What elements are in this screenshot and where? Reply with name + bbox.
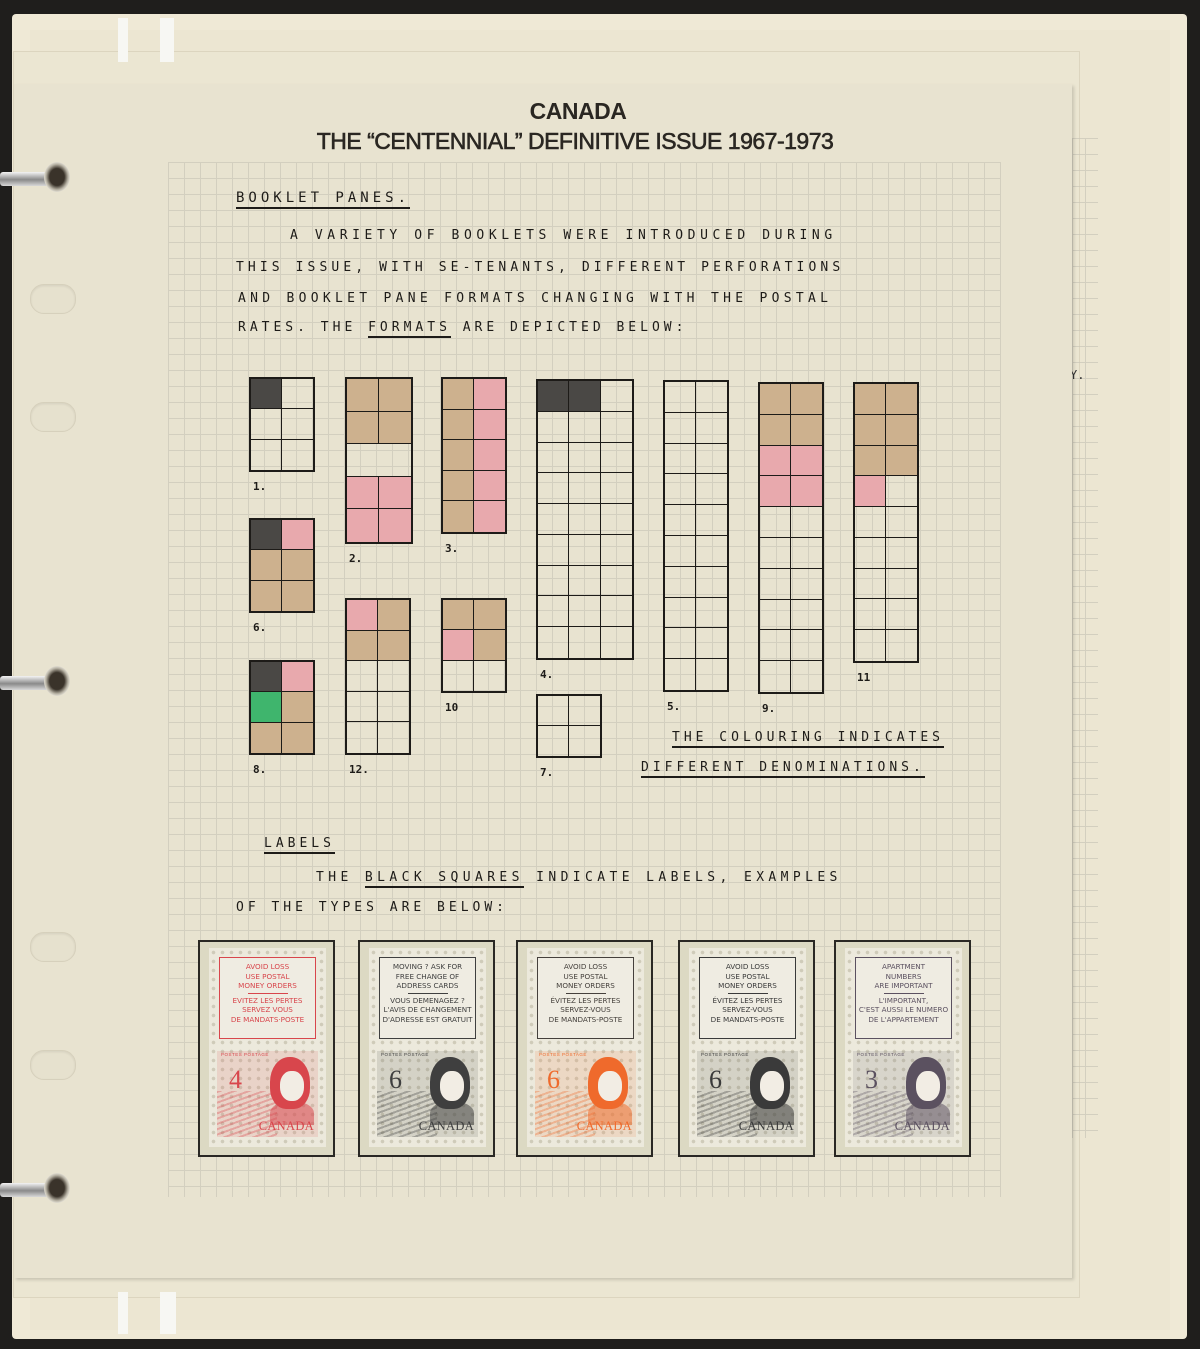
booklet-stamp-with-label: AVOID LOSSUSE POSTALMONEY ORDERSÉVITEZ L…	[527, 948, 644, 1147]
stamp-denomination: 3	[865, 1065, 878, 1095]
queen-portrait-face	[916, 1071, 940, 1101]
pane-cell	[855, 538, 886, 569]
pane-cell	[474, 661, 505, 691]
pane-cell	[282, 409, 313, 439]
pane-cell-label	[538, 381, 569, 412]
pane-cell	[379, 509, 411, 542]
pane-cell	[538, 473, 569, 504]
stamp-mount: AVOID LOSSUSE POSTALMONEY ORDERSEVITEZ L…	[198, 940, 335, 1157]
se-tenant-label: AVOID LOSSUSE POSTALMONEY ORDERSÉVITEZ L…	[699, 957, 796, 1039]
pane-cell	[538, 696, 569, 726]
pane-cell-label	[251, 520, 282, 550]
pane-cell	[538, 504, 569, 535]
pane-cell	[760, 384, 791, 415]
queen-portrait-face	[598, 1071, 622, 1101]
booklet-heading-text: BOOKLET PANES.	[236, 190, 410, 209]
hinge-strip	[118, 1292, 128, 1334]
pane-cell	[855, 384, 886, 415]
pane-cell	[696, 536, 727, 567]
stamp-mount: MOVING ? ASK FORFREE CHANGE OFADDRESS CA…	[358, 940, 495, 1157]
label-line-fr: DE MANDATS-POSTE	[700, 1015, 795, 1025]
postes-postage-text: POSTES POSTAGE	[857, 1052, 905, 1057]
pane-cell	[791, 630, 822, 661]
pane-cell	[760, 507, 791, 538]
pane-cell	[569, 596, 600, 627]
pane-cell	[886, 507, 917, 538]
pane-cell	[347, 692, 378, 723]
label-line-en: MONEY ORDERS	[220, 981, 315, 991]
label-line-fr: SERVEZ-VOUS	[700, 1005, 795, 1015]
booklet-pane-4	[536, 379, 634, 660]
pane-cell	[443, 471, 474, 502]
pane-cell	[855, 415, 886, 446]
pane-cell	[696, 413, 727, 444]
pane-cell	[347, 477, 379, 510]
pane-number: 9.	[762, 702, 775, 715]
label-line-en: APARTMENT	[856, 962, 951, 972]
pane-cell	[251, 723, 282, 753]
paragraph-line: AND BOOKLET PANE FORMATS CHANGING WITH T…	[238, 291, 832, 306]
pane-cell	[569, 473, 600, 504]
pane-cell	[347, 631, 378, 662]
pane-cell	[886, 569, 917, 600]
booklet-stamp-with-label: MOVING ? ASK FORFREE CHANGE OFADDRESS CA…	[369, 948, 486, 1147]
binder-ring	[0, 1177, 70, 1203]
postes-postage-text: POSTES POSTAGE	[539, 1052, 587, 1057]
pane-cell	[282, 581, 313, 611]
pane-cell	[282, 379, 313, 409]
pane-cell	[696, 444, 727, 475]
pane-cell	[665, 474, 696, 505]
pane-cell	[474, 501, 505, 532]
hinge-strip	[160, 18, 174, 62]
pane-cell	[538, 412, 569, 443]
label-line-en: ARE IMPORTANT	[856, 981, 951, 991]
pane-cell	[601, 535, 632, 566]
pane-cell	[378, 600, 409, 631]
postes-postage-text: POSTES POSTAGE	[701, 1052, 749, 1057]
punch-hole	[30, 284, 76, 314]
pane-cell	[760, 538, 791, 569]
booklet-stamp-with-label: AVOID LOSSUSE POSTALMONEY ORDERSÉVITEZ L…	[689, 948, 806, 1147]
pane-cell-label	[251, 379, 282, 409]
colour-note-text: THE COLOURING INDICATES	[672, 730, 944, 748]
label-line-fr: ÉVITEZ LES PERTES	[538, 996, 633, 1006]
pane-cell	[347, 722, 378, 753]
pane-cell	[855, 599, 886, 630]
postes-postage-text: POSTES POSTAGE	[221, 1052, 269, 1057]
label-divider	[884, 993, 924, 994]
paragraph-line: THIS ISSUE, WITH SE-TENANTS, DIFFERENT P…	[236, 260, 844, 275]
pane-cell	[474, 600, 505, 630]
paragraph-text: ARE DEPICTED BELOW:	[463, 320, 688, 335]
pane-cell	[665, 659, 696, 690]
pane-number: 11	[857, 671, 870, 684]
pane-cell	[696, 567, 727, 598]
label-line-en: AVOID LOSS	[538, 962, 633, 972]
stamp-vignette: POSTES POSTAGE 6 CANADA	[535, 1051, 636, 1137]
pane-cell	[696, 505, 727, 536]
pane-cell	[569, 412, 600, 443]
punch-hole	[30, 402, 76, 432]
pane-cell	[378, 661, 409, 692]
pane-cell	[791, 507, 822, 538]
label-line-fr: SERVEZ-VOUS	[538, 1005, 633, 1015]
page-subtitle: THE “CENTENNIAL” DEFINITIVE ISSUE 1967-1…	[0, 128, 1175, 155]
colour-note-text: DIFFERENT DENOMINATIONS.	[641, 760, 925, 778]
binder-ring	[0, 670, 70, 696]
pane-cell	[474, 440, 505, 471]
label-line-en: USE POSTAL	[538, 972, 633, 982]
pane-cell	[665, 567, 696, 598]
pane-cell	[347, 600, 378, 631]
pane-cell	[886, 446, 917, 477]
pane-cell	[538, 443, 569, 474]
se-tenant-label: MOVING ? ASK FORFREE CHANGE OFADDRESS CA…	[379, 957, 476, 1039]
queen-portrait-face	[280, 1071, 304, 1101]
section-heading-labels: LABELS	[264, 836, 335, 851]
pane-cell	[282, 692, 313, 722]
pane-cell	[760, 569, 791, 600]
pane-cell	[696, 474, 727, 505]
pane-cell	[601, 504, 632, 535]
booklet-pane-12	[345, 598, 411, 755]
pane-cell	[665, 505, 696, 536]
pane-cell	[347, 661, 378, 692]
pane-cell	[886, 415, 917, 446]
pane-cell	[855, 630, 886, 661]
pane-cell	[886, 476, 917, 507]
label-line-en: AVOID LOSS	[700, 962, 795, 972]
pane-cell	[251, 550, 282, 580]
pane-cell	[282, 520, 313, 550]
label-line-fr: EVITEZ LES PERTES	[220, 996, 315, 1006]
label-divider	[728, 993, 768, 994]
pane-number: 4.	[540, 668, 553, 681]
pane-cell	[760, 661, 791, 692]
pane-cell	[886, 384, 917, 415]
pane-cell	[538, 726, 569, 756]
pane-cell	[538, 596, 569, 627]
stamp-country: CANADA	[739, 1119, 794, 1134]
label-divider	[248, 993, 288, 994]
stamp-mount: AVOID LOSSUSE POSTALMONEY ORDERSÉVITEZ L…	[516, 940, 653, 1157]
pane-number: 1.	[253, 480, 266, 493]
label-line-en: MOVING ? ASK FOR	[380, 962, 475, 972]
label-line-en: NUMBERS	[856, 972, 951, 982]
booklet-pane-9	[758, 382, 824, 694]
pane-cell-gutter	[347, 444, 411, 477]
pane-cell	[601, 566, 632, 597]
label-line-en: FREE CHANGE OF	[380, 972, 475, 982]
stamp-mount: AVOID LOSSUSE POSTALMONEY ORDERSÉVITEZ L…	[678, 940, 815, 1157]
pane-cell-label	[251, 662, 282, 692]
pane-cell	[855, 507, 886, 538]
hinge-strip	[118, 18, 128, 62]
label-line-fr: C'EST AUSSI LE NUMERO	[856, 1005, 951, 1015]
black-squares-underlined: BLACK SQUARES	[365, 870, 524, 888]
pane-cell	[760, 446, 791, 477]
pane-cell	[443, 630, 474, 660]
binder-ring	[0, 166, 70, 192]
pane-cell	[282, 723, 313, 753]
booklet-pane-5	[663, 380, 729, 692]
pane-cell	[538, 566, 569, 597]
label-line-fr: ÉVITEZ LES PERTES	[700, 996, 795, 1006]
pane-cell	[791, 538, 822, 569]
label-line-fr: DE MANDATS·POSTE	[220, 1015, 315, 1025]
booklet-pane-1	[249, 377, 315, 472]
stamp-denomination: 4	[229, 1065, 242, 1095]
pane-cell	[378, 692, 409, 723]
pane-cell	[760, 476, 791, 507]
pane-cell	[665, 444, 696, 475]
label-line-fr: DE MANDATS-POSTE	[538, 1015, 633, 1025]
label-line-en: ADDRESS CARDS	[380, 981, 475, 991]
pane-cell	[601, 596, 632, 627]
pane-cell	[282, 662, 313, 692]
pane-cell	[696, 598, 727, 629]
queen-portrait-face	[760, 1071, 784, 1101]
pane-cell	[251, 409, 282, 439]
pane-cell	[855, 476, 886, 507]
pane-cell	[760, 600, 791, 631]
label-divider	[408, 993, 448, 994]
booklet-stamp-with-label: APARTMENTNUMBERSARE IMPORTANTL'IMPORTANT…	[845, 948, 962, 1147]
label-line-en: MONEY ORDERS	[538, 981, 633, 991]
pane-number: 3.	[445, 542, 458, 555]
pane-cell	[379, 379, 411, 412]
label-line-fr: L'IMPORTANT,	[856, 996, 951, 1006]
pane-cell	[601, 473, 632, 504]
pane-cell	[696, 659, 727, 690]
pane-number: 7.	[540, 766, 553, 779]
pane-cell	[378, 722, 409, 753]
stamp-country: CANADA	[259, 1119, 314, 1134]
label-line-fr: SERVEZ VOUS	[220, 1005, 315, 1015]
pane-cell	[601, 381, 632, 412]
hinge-strip	[160, 1292, 176, 1334]
label-line-fr: VOUS DEMENAGEZ ?	[380, 996, 475, 1006]
pane-cell	[443, 379, 474, 410]
punch-hole	[30, 932, 76, 962]
pane-cell	[569, 535, 600, 566]
pane-cell	[601, 627, 632, 658]
label-line-en: MONEY ORDERS	[700, 981, 795, 991]
paragraph-line-formats: RATES. THE FORMATS ARE DEPICTED BELOW:	[238, 320, 687, 335]
pane-cell	[569, 443, 600, 474]
pane-cell	[696, 382, 727, 413]
pane-cell	[443, 410, 474, 441]
pane-cell	[251, 581, 282, 611]
pane-cell	[378, 631, 409, 662]
booklet-pane-7	[536, 694, 602, 758]
booklet-stamp-with-label: AVOID LOSSUSE POSTALMONEY ORDERSEVITEZ L…	[209, 948, 326, 1147]
punch-hole	[30, 1050, 76, 1080]
paragraph-line: A VARIETY OF BOOKLETS WERE INTRODUCED DU…	[290, 228, 837, 243]
pane-cell	[538, 627, 569, 658]
labels-line: OF THE TYPES ARE BELOW:	[236, 900, 508, 915]
label-line-en: USE POSTAL	[700, 972, 795, 982]
formats-underlined: FORMATS	[368, 320, 451, 338]
pane-number: 12.	[349, 763, 369, 776]
section-heading-booklet-panes: BOOKLET PANES.	[236, 190, 410, 206]
pane-cell	[251, 692, 282, 722]
stamp-country: CANADA	[577, 1119, 632, 1134]
pane-cell	[886, 599, 917, 630]
pane-cell	[601, 443, 632, 474]
page-title: CANADA	[0, 98, 1178, 125]
pane-cell	[665, 598, 696, 629]
booklet-pane-10	[441, 598, 507, 693]
pane-cell	[379, 412, 411, 445]
pane-cell	[443, 501, 474, 532]
colour-note-line: THE COLOURING INDICATES	[672, 730, 944, 745]
booklet-pane-11	[853, 382, 919, 663]
pane-cell	[665, 628, 696, 659]
label-line-fr: L'AVIS DE CHANGEMENT	[380, 1005, 475, 1015]
pane-cell	[443, 440, 474, 471]
pane-cell	[665, 413, 696, 444]
pane-cell	[251, 440, 282, 470]
pane-cell	[347, 509, 379, 542]
booklet-pane-6	[249, 518, 315, 613]
pane-cell	[282, 550, 313, 580]
label-line-fr: D'ADRESSE EST GRATUIT	[380, 1015, 475, 1025]
pane-cell	[601, 412, 632, 443]
stamp-vignette: POSTES POSTAGE 3 CANADA	[853, 1051, 954, 1137]
pane-cell	[538, 535, 569, 566]
booklet-pane-8	[249, 660, 315, 755]
pane-cell	[569, 504, 600, 535]
pane-number: 10	[445, 701, 458, 714]
labels-line: THE BLACK SQUARES INDICATE LABELS, EXAMP…	[316, 870, 842, 885]
label-divider	[566, 993, 606, 994]
booklet-pane-3	[441, 377, 507, 534]
pane-cell	[347, 379, 379, 412]
se-tenant-label: AVOID LOSSUSE POSTALMONEY ORDERSÉVITEZ L…	[537, 957, 634, 1039]
pane-cell	[569, 627, 600, 658]
label-line-en: USE POSTAL	[220, 972, 315, 982]
underlying-page-mark: Y.	[1070, 368, 1084, 382]
labels-text: THE	[316, 870, 353, 885]
pane-cell	[791, 476, 822, 507]
label-line-fr: DE L'APPARTEMENT	[856, 1015, 951, 1025]
pane-cell	[696, 628, 727, 659]
stamp-country: CANADA	[895, 1119, 950, 1134]
pane-cell	[791, 415, 822, 446]
pane-cell	[791, 446, 822, 477]
pane-cell	[791, 600, 822, 631]
labels-text: INDICATE LABELS, EXAMPLES	[536, 870, 842, 885]
pane-cell	[474, 410, 505, 441]
pane-number: 8.	[253, 763, 266, 776]
se-tenant-label: APARTMENTNUMBERSARE IMPORTANTL'IMPORTANT…	[855, 957, 952, 1039]
stamp-denomination: 6	[547, 1065, 560, 1095]
pane-cell	[474, 471, 505, 502]
pane-cell	[886, 630, 917, 661]
pane-number: 6.	[253, 621, 266, 634]
pane-cell	[569, 566, 600, 597]
stamp-country: CANADA	[419, 1119, 474, 1134]
pane-cell	[347, 412, 379, 445]
pane-cell	[443, 661, 474, 691]
labels-heading-text: LABELS	[264, 836, 335, 854]
pane-cell	[665, 382, 696, 413]
pane-cell	[443, 600, 474, 630]
booklet-pane-2	[345, 377, 413, 544]
pane-cell	[474, 379, 505, 410]
pane-cell	[379, 477, 411, 510]
stamp-vignette: POSTES POSTAGE 4 CANADA	[217, 1051, 318, 1137]
se-tenant-label: AVOID LOSSUSE POSTALMONEY ORDERSEVITEZ L…	[219, 957, 316, 1039]
pane-cell	[474, 630, 505, 660]
pane-cell	[760, 415, 791, 446]
paragraph-text: RATES. THE	[238, 320, 356, 335]
pane-number: 5.	[667, 700, 680, 713]
colour-note-line: DIFFERENT DENOMINATIONS.	[641, 760, 925, 775]
pane-cell	[665, 536, 696, 567]
queen-portrait-face	[440, 1071, 464, 1101]
stamp-mount: APARTMENTNUMBERSARE IMPORTANTL'IMPORTANT…	[834, 940, 971, 1157]
postes-postage-text: POSTES POSTAGE	[381, 1052, 429, 1057]
pane-cell	[791, 569, 822, 600]
pane-cell	[569, 726, 600, 756]
pane-cell-label	[569, 381, 600, 412]
stamp-denomination: 6	[389, 1065, 402, 1095]
pane-cell	[791, 384, 822, 415]
pane-cell	[569, 696, 600, 726]
pane-cell	[791, 661, 822, 692]
pane-cell	[886, 538, 917, 569]
stamp-vignette: POSTES POSTAGE 6 CANADA	[697, 1051, 798, 1137]
underlying-page-grid	[1072, 138, 1098, 1138]
label-line-en: AVOID LOSS	[220, 962, 315, 972]
pane-cell	[760, 630, 791, 661]
stamp-denomination: 6	[709, 1065, 722, 1095]
pane-number: 2.	[349, 552, 362, 565]
pane-cell	[282, 440, 313, 470]
stamp-vignette: POSTES POSTAGE 6 CANADA	[377, 1051, 478, 1137]
pane-cell	[855, 569, 886, 600]
pane-cell	[855, 446, 886, 477]
